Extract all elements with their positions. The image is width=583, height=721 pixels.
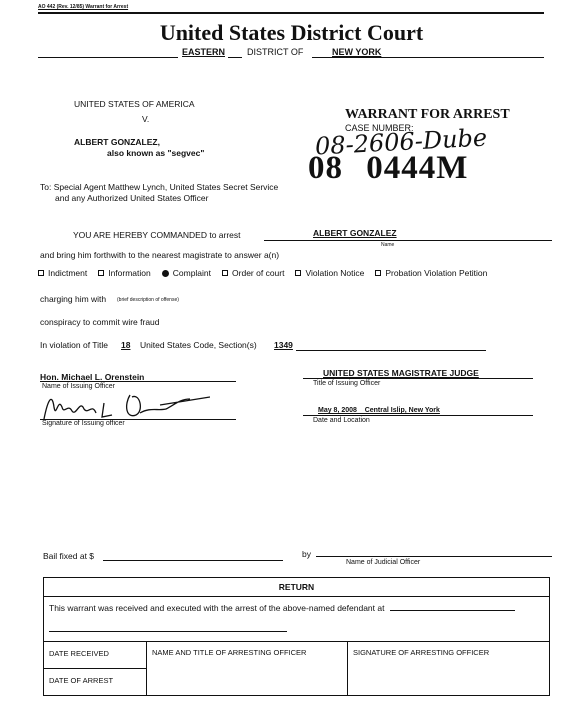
violation-section: 1349 — [274, 340, 293, 350]
issuer-name-rule — [40, 381, 236, 382]
bail-by-label: by — [302, 549, 311, 559]
charge-type-violation-notice[interactable]: Violation Notice — [295, 268, 364, 278]
date-location: May 8, 2008 Central Islip, New York — [318, 407, 440, 414]
checkbox-icon — [38, 270, 44, 276]
bail-label: Bail fixed at $ — [43, 551, 94, 561]
charge-sublabel: (brief description of offense) — [117, 297, 179, 303]
district-name: NEW YORK — [332, 47, 381, 57]
return-statement-cell: This warrant was received and executed w… — [44, 597, 550, 642]
issuer-title: UNITED STATES MAGISTRATE JUDGE — [323, 368, 479, 378]
date-location-rule — [303, 415, 533, 416]
district-rule-left — [38, 57, 178, 58]
judicial-officer-field[interactable] — [316, 556, 552, 557]
charge-type-indictment[interactable]: Indictment — [38, 268, 87, 278]
district-rule-right — [312, 57, 544, 58]
judicial-officer-label: Name of Judicial Officer — [346, 559, 420, 566]
form-code: AO 442 (Rev. 12/85) Warrant for Arrest — [38, 4, 128, 10]
date-location-label: Date and Location — [313, 417, 370, 424]
arrest-name-rule — [264, 240, 552, 241]
district-label: DISTRICT OF — [247, 47, 303, 57]
bail-amount-field[interactable] — [103, 560, 283, 561]
return-statement: This warrant was received and executed w… — [49, 603, 384, 613]
arrest-name-label: Name — [381, 242, 394, 248]
date-received-label: DATE RECEIVED — [49, 649, 109, 658]
section-rule — [296, 350, 486, 351]
charge-description: conspiracy to commit wire fraud — [40, 317, 160, 327]
court-title: United States District Court — [0, 20, 583, 46]
issuer-title-label: Title of Issuing Officer — [313, 380, 380, 387]
plaintiff: UNITED STATES OF AMERICA — [74, 99, 195, 109]
date-of-arrest-label: DATE OF ARREST — [49, 676, 113, 685]
checkbox-icon — [98, 270, 104, 276]
signature-label: Signature of Issuing officer — [42, 420, 125, 427]
arrest-name: ALBERT GONZALEZ — [313, 228, 397, 238]
arresting-officer-cell[interactable]: NAME AND TITLE OF ARRESTING OFFICER — [147, 642, 348, 696]
arresting-officer-label: NAME AND TITLE OF ARRESTING OFFICER — [152, 648, 306, 657]
district-rule-mid — [228, 57, 242, 58]
return-table: RETURN This warrant was received and exe… — [43, 577, 550, 696]
issuer-signature — [40, 389, 210, 423]
charge-label: charging him with — [40, 294, 106, 304]
checkbox-icon — [295, 270, 301, 276]
date-received-cell[interactable]: DATE RECEIVED — [44, 642, 147, 669]
charge-type-row: Indictment Information Complaint Order o… — [38, 268, 498, 278]
charge-type-complaint[interactable]: Complaint — [162, 268, 211, 278]
charge-type-probation-violation[interactable]: Probation Violation Petition — [375, 268, 487, 278]
arresting-signature-label: SIGNATURE OF ARRESTING OFFICER — [353, 648, 489, 657]
date-of-arrest-cell[interactable]: DATE OF ARREST — [44, 669, 147, 696]
arrest-location-field[interactable] — [390, 610, 515, 611]
addressee-line2: and any Authorized United States Officer — [55, 193, 208, 203]
warrant-title: WARRANT FOR ARREST — [345, 107, 510, 123]
charge-type-order-of-court[interactable]: Order of court — [222, 268, 284, 278]
checkbox-icon — [375, 270, 381, 276]
bring-text: and bring him forthwith to the nearest m… — [40, 250, 279, 260]
arresting-signature-cell[interactable]: SIGNATURE OF ARRESTING OFFICER — [348, 642, 550, 696]
charge-type-information[interactable]: Information — [98, 268, 151, 278]
versus: V. — [142, 114, 149, 124]
violation-mid: United States Code, Section(s) — [140, 340, 257, 350]
checkbox-icon — [222, 270, 228, 276]
defendant-alias: also known as "segvec" — [107, 148, 204, 158]
violation-title-number: 18 — [121, 340, 130, 350]
district-prefix: EASTERN — [182, 47, 225, 57]
defendant-name: ALBERT GONZALEZ, — [74, 137, 160, 147]
return-heading: RETURN — [44, 578, 550, 597]
violation-prefix: In violation of Title — [40, 340, 108, 350]
checkbox-checked-icon — [162, 270, 169, 277]
arrest-location-field-line2[interactable] — [49, 631, 287, 632]
header-rule — [38, 12, 544, 14]
issuer-title-rule — [303, 378, 533, 379]
addressee-line1: To: Special Agent Matthew Lynch, United … — [40, 182, 278, 192]
case-number-stamp: 08 0444M — [308, 150, 468, 187]
command-text: YOU ARE HEREBY COMMANDED to arrest — [73, 230, 241, 240]
